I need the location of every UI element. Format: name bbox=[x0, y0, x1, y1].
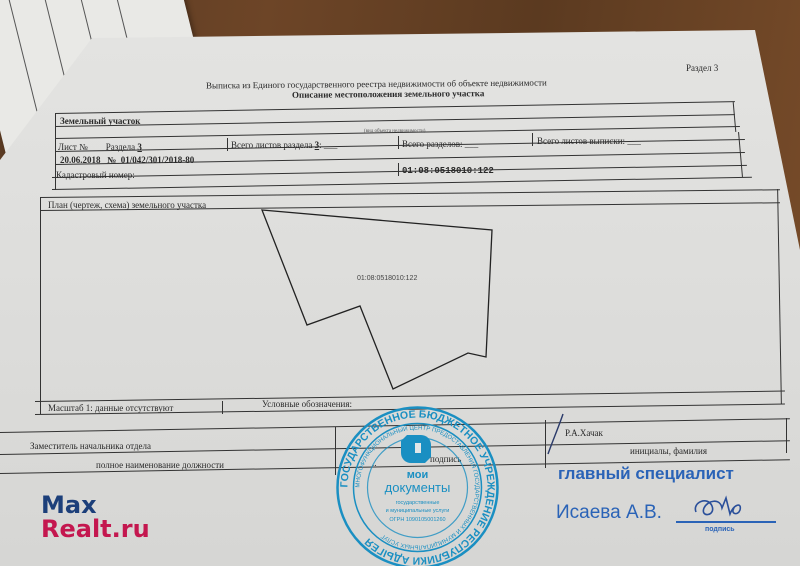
extract-document-page: Раздел 3 Выписка из Единого государствен… bbox=[0, 0, 800, 566]
position-title: Заместитель начальника отдела bbox=[30, 441, 151, 451]
stamp-line2: и муниципальные услуги bbox=[386, 508, 450, 514]
handwritten-signature bbox=[690, 494, 750, 524]
position-caption: полное наименование должности bbox=[96, 460, 224, 470]
scale-label: Масштаб 1: данные отсутствуют bbox=[48, 403, 173, 413]
stamped-signature-caption: подпись bbox=[705, 526, 735, 533]
official-stamp: ГОСУДАРСТВЕННОЕ БЮДЖЕТНОЕ УЧРЕЖДЕНИЕ РЕС… bbox=[335, 405, 500, 566]
stamped-position-title: главный специалист bbox=[558, 464, 734, 484]
stamp-ogrn: ОГРН 1090105001260 bbox=[389, 517, 445, 523]
stamp-brand-long: документы bbox=[385, 480, 451, 495]
signer-name: Р.А.Хачак bbox=[565, 428, 603, 438]
mfc-logo-icon bbox=[401, 435, 431, 463]
stamped-signer-name: Исаева А.В. bbox=[556, 502, 662, 524]
stamp-line1: государственные bbox=[396, 500, 440, 506]
plan-parcel-label: 01:08:0518010:122 bbox=[357, 275, 417, 282]
watermark-line2: Realt.ru bbox=[41, 517, 150, 541]
watermark-line1: Max bbox=[41, 493, 150, 517]
signer-caption: инициалы, фамилия bbox=[630, 446, 707, 456]
handwritten-slash-mark bbox=[545, 412, 570, 457]
maxrealt-watermark: Max Realt.ru bbox=[41, 493, 150, 541]
